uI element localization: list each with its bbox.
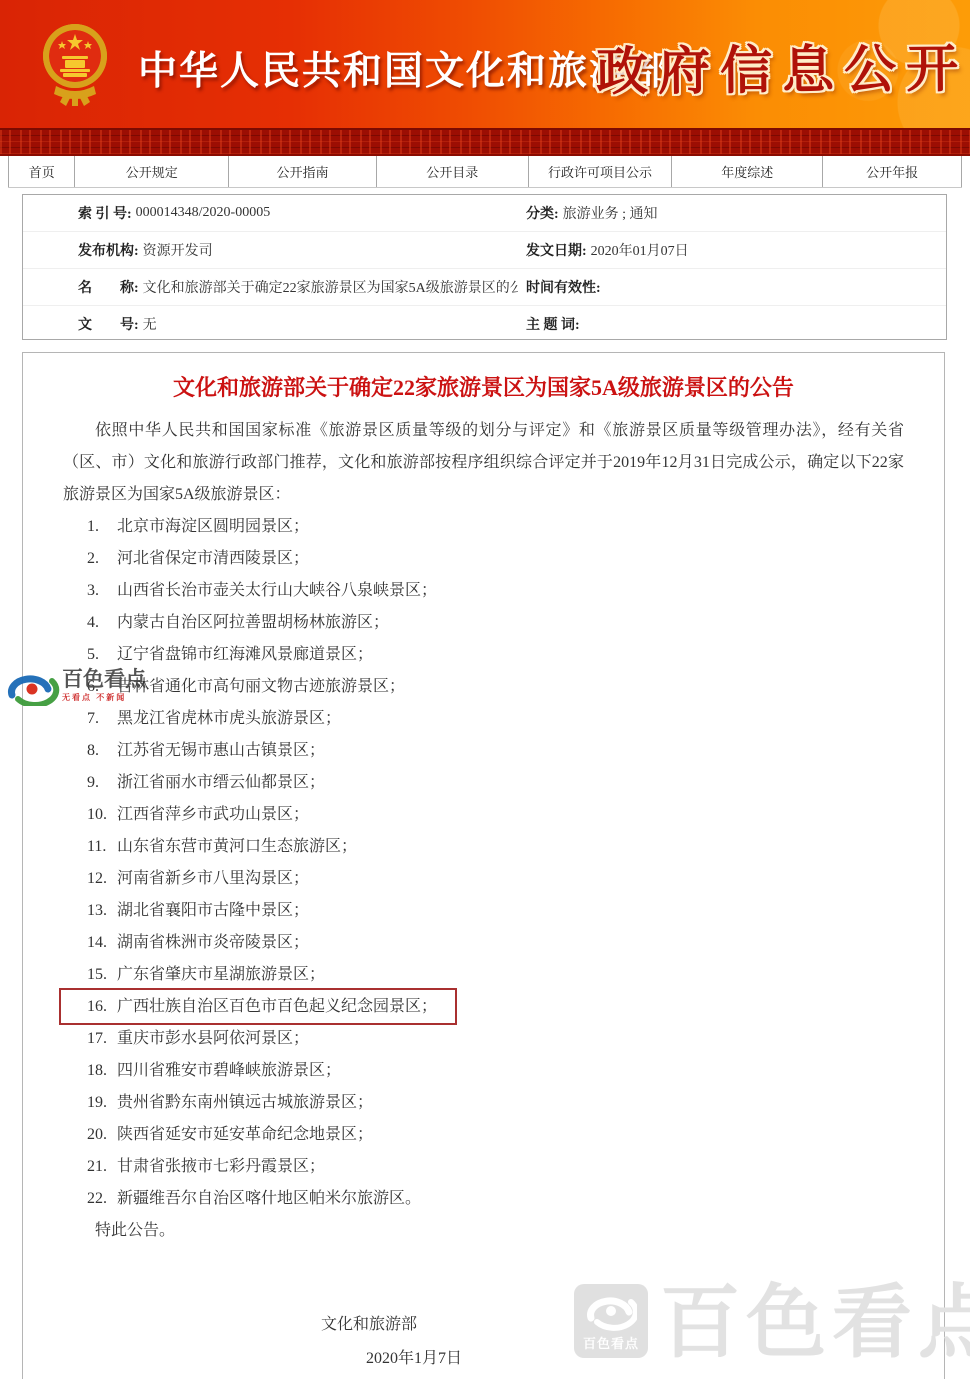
list-item: 22.新疆维吾尔自治区喀什地区帕米尔旅游区。 [63,1183,904,1215]
baise-kandian-logo-icon [4,668,60,706]
nav-item-label: 公开指南 [277,162,329,181]
nav-item-label: 公开目录 [426,162,478,181]
item-number: 3. [87,575,117,607]
item-text: 新疆维吾尔自治区喀什地区帕米尔旅游区。 [117,1190,421,1207]
list-item: 18.四川省雅安市碧峰峡旅游景区； [63,1055,904,1087]
nav-bar: 首页 公开规定 公开指南 公开目录 行政许可项目公示 年度综述 公开年报 [8,156,962,188]
item-number: 20. [87,1119,117,1151]
item-text: 广西壮族自治区百色市百色起义纪念园景区； [117,998,437,1015]
announcement-intro-paragraph: 依照中华人民共和国国家标准《旅游景区质量等级的划分与评定》和《旅游景区质量等级管… [63,415,904,511]
watermark-logo-square: 百色看点 [574,1284,648,1358]
item-text: 内蒙古自治区阿拉善盟胡杨林旅游区； [117,614,389,631]
meta-label: 发文日期: [526,240,587,260]
list-item: 3.山西省长治市壶关太行山大峡谷八泉峡景区； [63,575,904,607]
list-item: 19.贵州省黔东南州镇远古城旅游景区； [63,1087,904,1119]
meta-value: 000014348/2020-00005 [136,205,271,221]
nav-item-disclosure-guide[interactable]: 公开指南 [229,156,377,187]
meta-value: 资源开发司 [143,240,213,260]
baise-kandian-swirl-icon [585,1290,637,1332]
document-metadata-box: 索 引 号: 000014348/2020-00005 分类: 旅游业务 ; 通… [22,194,947,340]
item-text: 山西省长治市壶关太行山大峡谷八泉峡景区； [117,582,437,599]
watermark-bottom: 百色看点 百色看点 [574,1284,970,1362]
list-item: 7.黑龙江省虎林市虎头旅游景区； [63,703,904,735]
watermark-logo-label: 百色看点 [574,1333,648,1352]
item-number: 9. [87,767,117,799]
meta-category: 分类: 旅游业务 ; 通知 [518,203,946,223]
item-number: 13. [87,895,117,927]
nav-item-label: 公开年报 [866,162,918,181]
ministry-title: 中华人民共和国文化和旅游部 [138,40,671,96]
announcement-title: 文化和旅游部关于确定22家旅游景区为国家5A级旅游景区的公告 [63,371,904,405]
item-number: 10. [87,799,117,831]
nav-item-disclosure-rules[interactable]: 公开规定 [75,156,229,187]
list-item: 12.河南省新乡市八里沟景区； [63,863,904,895]
item-text: 北京市海淀区圆明园景区； [117,518,309,535]
metadata-row: 发布机构: 资源开发司 发文日期: 2020年01月07日 [23,232,946,269]
scenic-area-list: 1.北京市海淀区圆明园景区； 2.河北省保定市清西陵景区； 3.山西省长治市壶关… [63,511,904,1215]
meta-issue-date: 发文日期: 2020年01月07日 [518,240,946,260]
meta-validity: 时间有效性: [518,277,946,297]
item-text: 辽宁省盘锦市红海滩风景廊道景区； [117,646,373,663]
item-number: 19. [87,1087,117,1119]
nav-item-annual-summary[interactable]: 年度综述 [672,156,823,187]
item-text: 江苏省无锡市惠山古镇景区； [117,742,325,759]
nav-item-annual-report[interactable]: 公开年报 [823,156,962,187]
item-text: 黑龙江省虎林市虎头旅游景区； [117,710,341,727]
item-number: 11. [87,831,117,863]
page: 中华人民共和国文化和旅游部 政府信息公开 首页 公开规定 公开指南 公开目录 行… [0,0,970,1379]
meta-label: 文 号: [78,314,139,334]
item-number: 7. [87,703,117,735]
item-number: 22. [87,1183,117,1215]
list-item: 17.重庆市彭水县阿依河景区； [63,1023,904,1055]
item-text: 贵州省黔东南州镇远古城旅游景区； [117,1094,373,1111]
list-item: 21.甘肃省张掖市七彩丹霞景区； [63,1151,904,1183]
watermark-inline-text: 百色看点 无看点 不新闻 [62,668,146,703]
list-item: 2.河北省保定市清西陵景区； [63,543,904,575]
list-item: 6.吉林省通化市高句丽文物古迹旅游景区； [63,671,904,703]
list-item: 5.辽宁省盘锦市红海滩风景廊道景区； [63,639,904,671]
item-text: 江西省萍乡市武功山景区； [117,806,309,823]
nav-item-label: 公开规定 [126,162,178,181]
item-text: 湖北省襄阳市古隆中景区； [117,902,309,919]
item-text: 湖南省株洲市炎帝陵景区； [117,934,309,951]
item-number: 14. [87,927,117,959]
meta-label: 分类: [526,203,559,223]
item-number: 12. [87,863,117,895]
list-item-highlighted-baise: 16.广西壮族自治区百色市百色起义纪念园景区； [63,991,904,1023]
meta-label: 名 称: [78,277,139,297]
watermark-inline: 百色看点 无看点 不新闻 [4,668,146,706]
list-item: 14.湖南省株洲市炎帝陵景区； [63,927,904,959]
list-item: 11.山东省东营市黄河口生态旅游区； [63,831,904,863]
list-item: 20.陕西省延安市延安革命纪念地景区； [63,1119,904,1151]
item-number: 18. [87,1055,117,1087]
item-number: 4. [87,607,117,639]
metadata-row: 名 称: 文化和旅游部关于确定22家旅游景区为国家5A级旅游景区的公告 时间有效… [23,269,946,306]
item-number: 15. [87,959,117,991]
closing-statement: 特此公告。 [63,1215,904,1247]
item-text: 广东省肇庆市星湖旅游景区； [117,966,325,983]
nav-item-home[interactable]: 首页 [8,156,75,187]
meta-index-number: 索 引 号: 000014348/2020-00005 [23,203,518,223]
meta-value: 旅游业务 ; 通知 [563,203,658,223]
list-item: 1.北京市海淀区圆明园景区； [63,511,904,543]
item-text: 河北省保定市清西陵景区； [117,550,309,567]
meta-value: 2020年01月07日 [591,240,689,260]
nav-item-disclosure-catalog[interactable]: 公开目录 [377,156,529,187]
item-text: 浙江省丽水市缙云仙都景区； [117,774,325,791]
announcement-document: 文化和旅游部关于确定22家旅游景区为国家5A级旅游景区的公告 依照中华人民共和国… [22,352,945,1379]
nav-item-label: 年度综述 [721,162,773,181]
gov-info-disclosure-title: 政府信息公开 [596,26,969,104]
meta-issuing-agency: 发布机构: 资源开发司 [23,240,518,260]
watermark-brand: 百色看点 [62,668,146,692]
nav-item-label: 行政许可项目公示 [548,162,652,181]
list-item: 15.广东省肇庆市星湖旅游景区； [63,959,904,991]
item-text: 重庆市彭水县阿依河景区； [117,1030,309,1047]
metadata-row: 文 号: 无 主 题 词: [23,306,946,342]
item-number: 2. [87,543,117,575]
meta-document-name: 名 称: 文化和旅游部关于确定22家旅游景区为国家5A级旅游景区的公告 [23,277,518,297]
item-number: 1. [87,511,117,543]
nav-item-label: 首页 [29,162,55,181]
watermark-big-brand: 百色看点 [660,1284,970,1362]
item-text: 陕西省延安市延安革命纪念地景区； [117,1126,373,1143]
list-item: 9.浙江省丽水市缙云仙都景区； [63,767,904,799]
item-text: 河南省新乡市八里沟景区； [117,870,309,887]
nav-item-admin-license[interactable]: 行政许可项目公示 [529,156,673,187]
meta-document-number: 文 号: 无 [23,314,518,334]
item-number: 5. [87,639,117,671]
header-banner: 中华人民共和国文化和旅游部 政府信息公开 [0,0,970,128]
meta-label: 索 引 号: [78,203,132,223]
list-item: 10.江西省萍乡市武功山景区； [63,799,904,831]
watermark-slogan: 无看点 不新闻 [62,692,146,703]
list-item: 8.江苏省无锡市惠山古镇景区； [63,735,904,767]
metadata-row: 索 引 号: 000014348/2020-00005 分类: 旅游业务 ; 通… [23,195,946,232]
item-number: 16. [87,991,117,1023]
item-text: 甘肃省张掖市七彩丹霞景区； [117,1158,325,1175]
item-number: 8. [87,735,117,767]
national-emblem-icon [42,20,108,108]
item-text: 四川省雅安市碧峰峡旅游景区； [117,1062,341,1079]
item-text: 山东省东营市黄河口生态旅游区； [117,838,357,855]
item-text: 吉林省通化市高句丽文物古迹旅游景区； [117,678,405,695]
item-number: 21. [87,1151,117,1183]
decorative-meander-band [0,128,970,156]
meta-label: 时间有效性: [526,277,601,297]
meta-label: 发布机构: [78,240,139,260]
meta-subject-words: 主 题 词: [518,314,946,334]
meta-value: 无 [143,314,157,334]
meta-label: 主 题 词: [526,314,580,334]
meta-value: 文化和旅游部关于确定22家旅游景区为国家5A级旅游景区的公告 [143,277,518,297]
list-item: 4.内蒙古自治区阿拉善盟胡杨林旅游区； [63,607,904,639]
item-number: 17. [87,1023,117,1055]
list-item: 13.湖北省襄阳市古隆中景区； [63,895,904,927]
